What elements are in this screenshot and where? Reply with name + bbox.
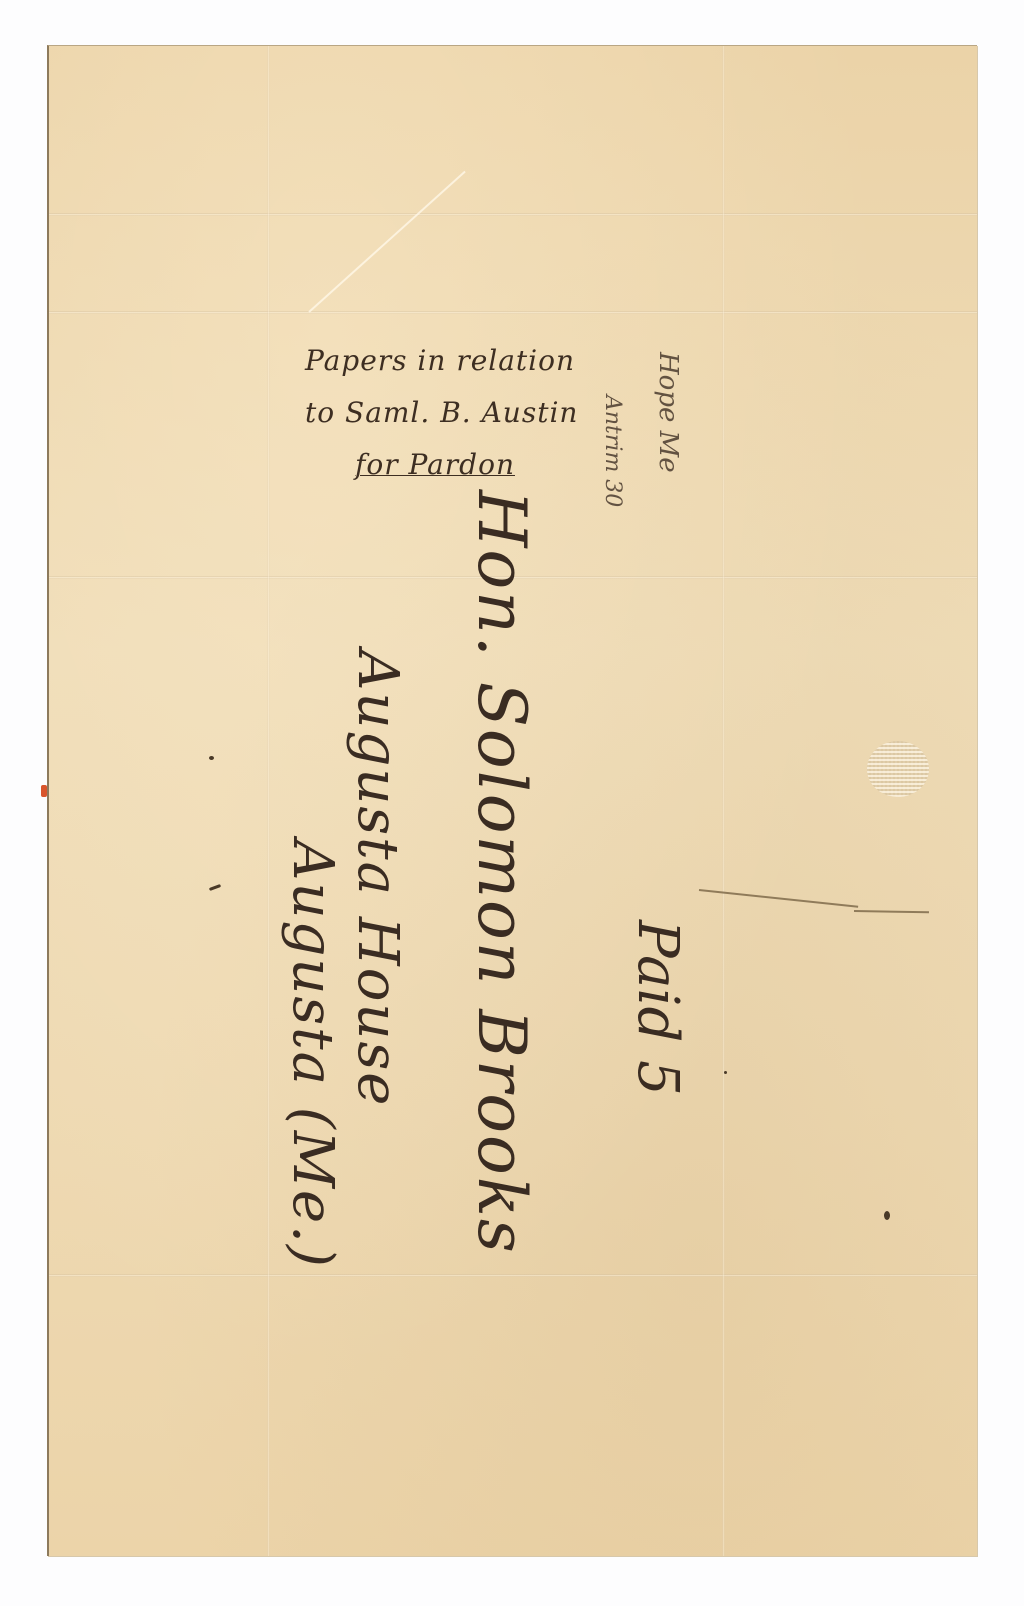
docket-line-1: Papers in relation [305, 335, 578, 387]
docket-line-3: for Pardon [355, 439, 578, 491]
paper-tear [854, 910, 929, 913]
docket-note: Papers in relation to Saml. B. Austin fo… [305, 335, 578, 491]
ink-speck [209, 884, 221, 891]
fold-line-horizontal [49, 213, 977, 216]
embossed-stamp-mark [867, 741, 929, 797]
postmark-date: Antrim 30 [600, 395, 625, 507]
address-line-2: Augusta House [345, 650, 410, 1107]
postmark-town: Hope Me [653, 352, 683, 473]
fold-line-vertical [267, 46, 270, 1556]
docket-line-2: to Saml. B. Austin [305, 387, 578, 439]
fold-line-horizontal [49, 311, 977, 314]
address-line-3: Augusta (Me.) [280, 840, 345, 1269]
ink-speck [884, 1211, 890, 1220]
diagonal-crease [308, 171, 465, 313]
ink-speck [724, 1071, 727, 1074]
fold-line-vertical [722, 46, 725, 1556]
ink-speck [209, 756, 214, 760]
fold-line-horizontal [49, 1274, 977, 1277]
addressee-name: Hon. Solomon Brooks [463, 490, 540, 1255]
postage-paid: Paid 5 [625, 920, 690, 1096]
